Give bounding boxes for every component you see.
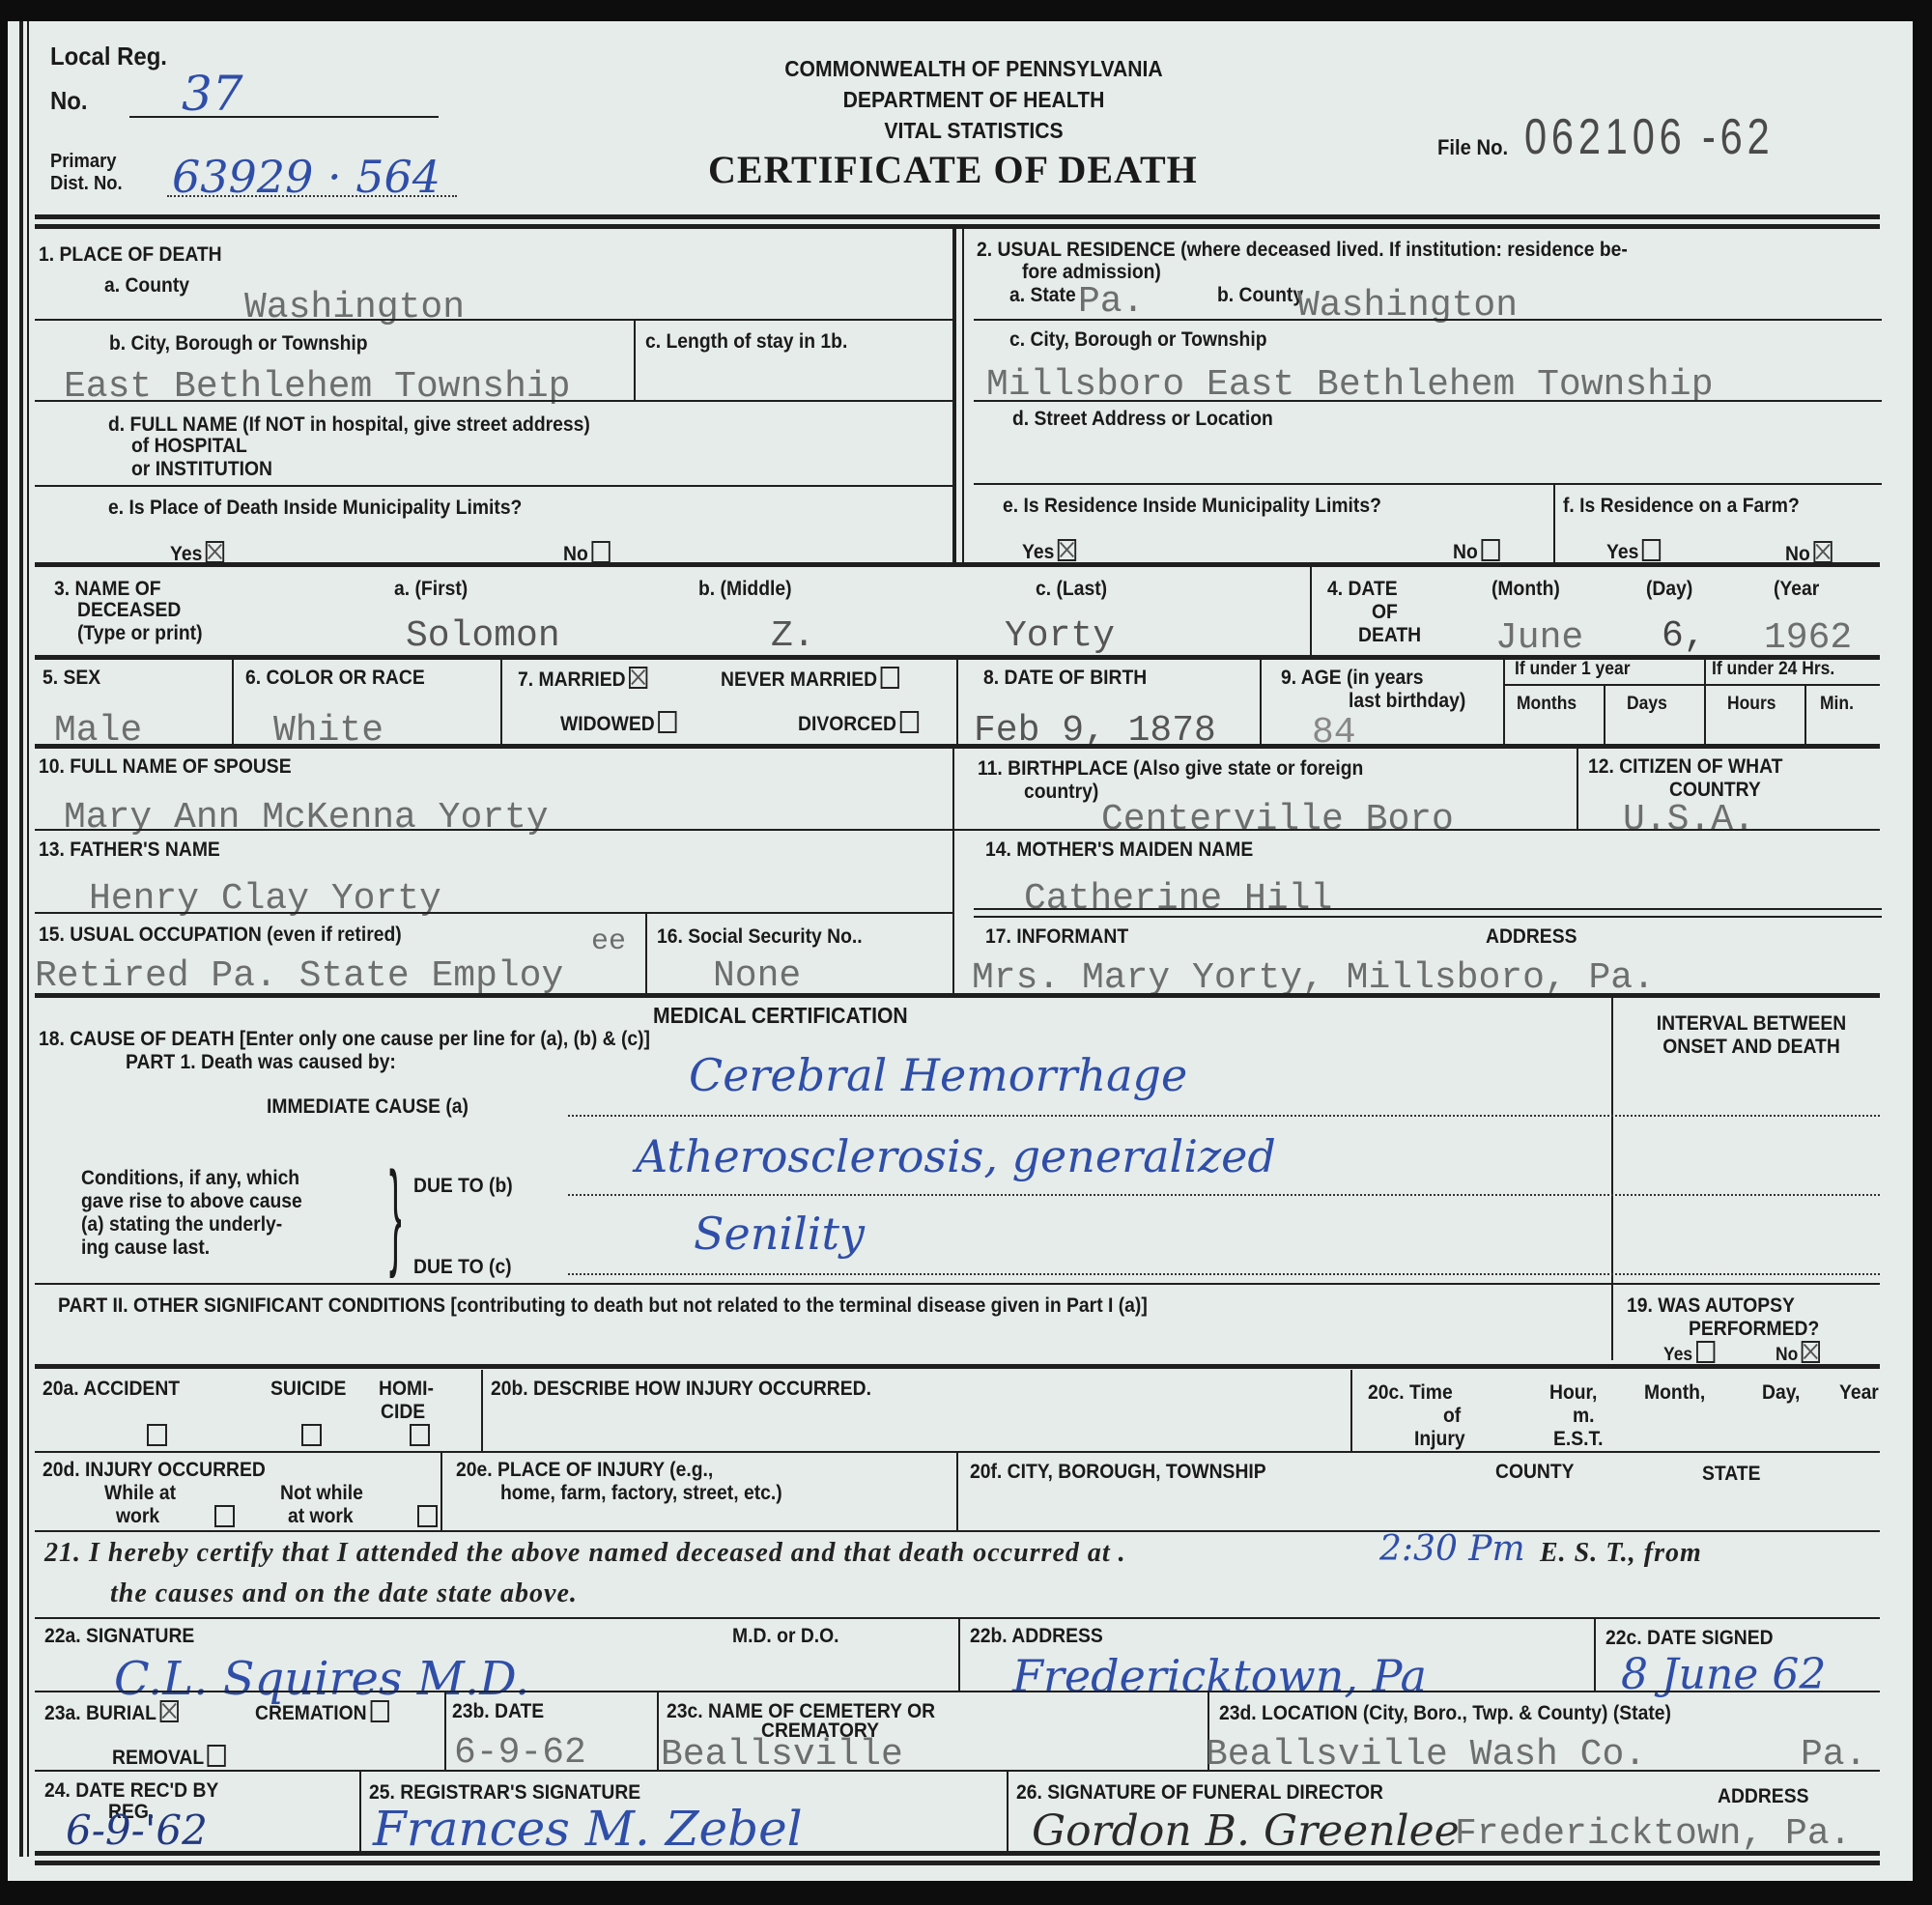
col-line: [634, 319, 636, 400]
hours-label: Hours: [1727, 694, 1776, 715]
col-line: [359, 1770, 361, 1851]
file-number: 062106 -62: [1524, 108, 1775, 166]
row-line: [974, 916, 1882, 918]
checkbox[interactable]: [658, 711, 676, 733]
checkbox[interactable]: [881, 667, 899, 689]
state-label: a. State: [1009, 284, 1076, 307]
conditions-note-4: ing cause last.: [81, 1237, 210, 1260]
removal-label: REMOVAL: [112, 1747, 204, 1769]
cause-of-death-label: 18. CAUSE OF DEATH [Enter only one cause…: [39, 1028, 650, 1051]
no-label: No.: [50, 87, 88, 116]
homicide-checkbox[interactable]: [410, 1424, 430, 1446]
hour-label: Hour,: [1549, 1381, 1597, 1405]
row-line: [974, 908, 1882, 910]
checkbox-checked[interactable]: [1813, 541, 1832, 563]
never-married-label: NEVER MARRIED: [721, 668, 877, 691]
col-line: [232, 655, 234, 744]
residence-inside-yes[interactable]: Yes: [1022, 539, 1076, 564]
conditions-note-2: gave rise to above cause: [81, 1190, 302, 1213]
burial-label: 23a. BURIAL: [44, 1702, 156, 1724]
name-label-3: (Type or print): [77, 622, 203, 645]
time-of-injury-label-2: of: [1443, 1405, 1461, 1428]
describe-injury-label: 20b. DESCRIBE HOW INJURY OCCURRED.: [491, 1378, 871, 1401]
row-line: [35, 485, 952, 487]
injury-day-label: Day,: [1762, 1381, 1800, 1405]
place-county-value: Washington: [244, 290, 465, 327]
sex-label: 5. SEX: [43, 667, 100, 690]
widowed-option[interactable]: WIDOWED: [560, 711, 677, 736]
checkbox[interactable]: [370, 1700, 388, 1722]
section-line: [35, 562, 1880, 567]
burial-option[interactable]: 23a. BURIAL: [44, 1700, 179, 1725]
cemetery-value: Beallsville: [661, 1737, 903, 1774]
col-line: [481, 1370, 483, 1451]
left-border: [19, 21, 23, 1857]
bottom-line: [35, 1851, 1880, 1856]
cremation-option[interactable]: CREMATION: [255, 1700, 389, 1725]
residence-inside-no[interactable]: No: [1453, 539, 1500, 564]
spouse-value: Mary Ann McKenna Yorty: [64, 800, 549, 837]
row-line: [35, 912, 952, 914]
dist-no-label: Dist. No.: [50, 173, 123, 195]
autopsy-label-2: PERFORMED?: [1689, 1318, 1819, 1341]
year-label: (Year: [1774, 578, 1819, 601]
suicide-checkbox[interactable]: [301, 1424, 322, 1446]
col-line: [500, 655, 502, 744]
day-label: (Day): [1646, 578, 1692, 601]
widowed-label: WIDOWED: [560, 713, 655, 735]
certification-statement-2: the causes and on the date state above.: [110, 1578, 578, 1609]
row-line: [35, 1364, 1880, 1369]
due-to-c-label: DUE TO (c): [413, 1256, 512, 1279]
informant-value: Mrs. Mary Yorty, Millsboro, Pa.: [972, 960, 1655, 997]
occupation-label: 15. USUAL OCCUPATION (even if retired): [39, 924, 402, 947]
removal-option[interactable]: REMOVAL: [112, 1745, 226, 1770]
header-divider-2: [35, 224, 1880, 229]
due-to-c-value: Senility: [694, 1211, 865, 1256]
row-line: [35, 1691, 1880, 1692]
interval-label: INTERVAL BETWEEN: [1632, 1012, 1871, 1036]
checkbox[interactable]: [1696, 1341, 1715, 1363]
physician-signature: C.L. Squires M.D.: [114, 1656, 529, 1702]
primary-label: Primary: [50, 151, 117, 173]
funeral-address-label: ADDRESS: [1718, 1785, 1808, 1808]
col-line: [440, 1451, 442, 1530]
place-of-death-heading: 1. PLACE OF DEATH: [39, 243, 222, 267]
autopsy-label: 19. WAS AUTOPSY: [1627, 1294, 1795, 1318]
col-line: [958, 1617, 960, 1691]
middle-name-label: b. (Middle): [698, 578, 792, 601]
under-1-year-label: If under 1 year: [1515, 659, 1630, 680]
injury-year-label: Year: [1839, 1381, 1879, 1405]
while-at-work-label-2: work: [116, 1505, 159, 1528]
injury-county-label: COUNTY: [1495, 1461, 1575, 1484]
citizen-value: U.S.A.: [1623, 802, 1755, 839]
farm-yes[interactable]: Yes: [1606, 539, 1661, 564]
part2-label: PART II. OTHER SIGNIFICANT CONDITIONS [c…: [58, 1294, 1148, 1318]
occupation-suffix: ee: [591, 927, 626, 956]
col-line: [1577, 744, 1578, 829]
age-label-2: last birthday): [1349, 690, 1465, 713]
injury-month-label: Month,: [1644, 1381, 1705, 1405]
mother-value: Catherine Hill: [1024, 881, 1332, 918]
not-while-label-2: at work: [288, 1505, 354, 1528]
brace-icon: }: [389, 1152, 402, 1287]
immediate-cause-label: IMMEDIATE CAUSE (a): [267, 1095, 469, 1119]
married-label: 7. MARRIED: [518, 668, 626, 691]
dotted-line: [568, 1273, 1880, 1275]
not-while-at-work-checkbox[interactable]: [417, 1505, 438, 1527]
local-reg-number: 37: [182, 70, 243, 118]
conditions-note: Conditions, if any, which: [81, 1167, 299, 1190]
immediate-cause-value: Cerebral Hemorrhage: [689, 1053, 1187, 1097]
due-to-b-label: DUE TO (b): [413, 1175, 513, 1198]
checkbox-checked[interactable]: [206, 541, 224, 563]
time-of-death-value: 2:30 Pm: [1379, 1532, 1525, 1567]
col-line: [645, 912, 647, 995]
conditions-note-3: (a) stating the underly-: [81, 1213, 282, 1237]
injury-city-label: 20f. CITY, BOROUGH, TOWNSHIP: [970, 1461, 1266, 1484]
suicide-label: SUICIDE: [270, 1378, 346, 1401]
checkbox-checked[interactable]: [1802, 1341, 1820, 1363]
first-name-value: Solomon: [406, 618, 560, 655]
place-of-injury-label: 20e. PLACE OF INJURY (e.g.,: [456, 1459, 713, 1482]
checkbox[interactable]: [1481, 539, 1499, 561]
name-label: 3. NAME OF: [54, 578, 161, 601]
time-of-injury-label: 20c. Time: [1368, 1381, 1453, 1405]
month-label: (Month): [1492, 578, 1560, 601]
commonwealth-heading: COMMONWEALTH OF PENNSYLVANIA: [663, 56, 1285, 81]
col-line: [1704, 655, 1706, 744]
col-line: [1260, 655, 1262, 744]
ssn-label: 16. Social Security No..: [657, 925, 863, 949]
citizen-label: 12. CITIZEN OF WHAT: [1588, 755, 1782, 779]
not-while-label: Not while: [280, 1482, 363, 1505]
burial-location-label: 23d. LOCATION (City, Boro., Twp. & Count…: [1219, 1702, 1671, 1725]
dotted-line: [568, 1194, 1880, 1196]
checkbox-checked[interactable]: [629, 667, 647, 689]
page-title: CERTIFICATE OF DEATH: [708, 147, 1198, 192]
row-line: [974, 319, 1882, 321]
hospital-label-3: or INSTITUTION: [131, 458, 272, 481]
row-line: [35, 829, 1880, 831]
birthplace-label: 11. BIRTHPLACE (Also give state or forei…: [978, 757, 1363, 781]
injury-occurred-label: 20d. INJURY OCCURRED: [43, 1459, 266, 1482]
date-signed-label: 22c. DATE SIGNED: [1605, 1627, 1774, 1650]
col-line: [956, 655, 958, 744]
death-certificate: Local Reg. No. 37 Primary Dist. No. 6392…: [8, 21, 1913, 1881]
col-line: [1604, 684, 1605, 744]
section-divider-2: [962, 229, 964, 562]
residence-city-value: Millsboro East Bethlehem Township: [986, 367, 1714, 404]
certification-statement: 21. I hereby certify that I attended the…: [44, 1538, 1126, 1569]
header-divider: [35, 214, 1880, 219]
registrar-signature: Frances M. Zebel: [373, 1805, 803, 1853]
inside-limits-label: e. Is Place of Death Inside Municipality…: [108, 497, 522, 520]
checkbox-checked[interactable]: [160, 1700, 179, 1722]
col-line: [1553, 483, 1555, 562]
medical-heading: MEDICAL CERTIFICATION: [653, 1003, 908, 1028]
place-of-injury-label-2: home, farm, factory, street, etc.): [500, 1482, 782, 1505]
dod-label-2: OF: [1372, 601, 1398, 624]
name-label-2: DECEASED: [77, 599, 181, 622]
col-line: [952, 744, 954, 995]
part1-label: PART 1. Death was caused by:: [126, 1051, 396, 1074]
checkbox[interactable]: [208, 1745, 226, 1767]
col-line: [1310, 562, 1312, 655]
row-line: [35, 993, 1880, 998]
yes-label: Yes: [1663, 1345, 1692, 1365]
funeral-director-label: 26. SIGNATURE OF FUNERAL DIRECTOR: [1016, 1781, 1383, 1805]
informant-label: 17. INFORMANT: [985, 925, 1128, 949]
est-label: E.S.T.: [1553, 1428, 1604, 1451]
yes-label: Yes: [1022, 541, 1054, 563]
col-line: [1804, 684, 1806, 744]
divorced-label: DIVORCED: [798, 713, 896, 735]
hour-m-label: m.: [1573, 1405, 1595, 1428]
col-line: [956, 1451, 958, 1530]
usual-residence-heading: 2. USUAL RESIDENCE (where deceased lived…: [977, 239, 1628, 262]
checkbox[interactable]: [591, 541, 610, 563]
physician-address-label: 22b. ADDRESS: [970, 1625, 1103, 1648]
informant-address-label: ADDRESS: [1486, 925, 1577, 949]
row-line: [35, 400, 952, 402]
days-label: Days: [1627, 694, 1667, 715]
signature-label: 22a. SIGNATURE: [44, 1625, 194, 1648]
while-at-work-checkbox[interactable]: [214, 1505, 235, 1527]
dod-label-3: DEATH: [1358, 624, 1421, 647]
dotted-line: [568, 1115, 1880, 1117]
county-label: a. County: [104, 274, 189, 298]
burial-date-value: 6-9-62: [454, 1735, 586, 1772]
yes-label: Yes: [1606, 541, 1638, 563]
col-line: [1594, 1617, 1596, 1691]
dob-label: 8. DATE OF BIRTH: [983, 667, 1147, 690]
local-reg-underline: [129, 116, 439, 118]
checkbox-checked[interactable]: [1058, 539, 1076, 561]
occupation-value: Retired Pa. State Employ: [35, 958, 563, 995]
married-option[interactable]: 7. MARRIED: [518, 667, 648, 692]
ssn-value: None: [713, 958, 801, 995]
burial-location-value: Beallsville Wash Co.: [1206, 1737, 1646, 1774]
cremation-label: CREMATION: [255, 1702, 367, 1724]
spouse-label: 10. FULL NAME OF SPOUSE: [39, 755, 292, 779]
row-line: [35, 1770, 1880, 1772]
row-line: [35, 1530, 1880, 1532]
birthplace-label-2: country): [1024, 781, 1098, 804]
checkbox[interactable]: [1642, 539, 1661, 561]
min-label: Min.: [1820, 694, 1854, 715]
last-name-label: c. (Last): [1036, 578, 1107, 601]
divorced-option[interactable]: DIVORCED: [798, 711, 919, 736]
accident-label: 20a. ACCIDENT: [43, 1378, 180, 1401]
autopsy-no[interactable]: No: [1776, 1341, 1820, 1366]
primary-dist-number: 63929 · 564: [172, 155, 440, 199]
mother-label: 14. MOTHER'S MAIDEN NAME: [985, 839, 1253, 862]
residence-city-label: c. City, Borough or Township: [1009, 328, 1267, 352]
race-label: 6. COLOR OR RACE: [245, 667, 425, 690]
row-line: [974, 400, 1882, 402]
row-line: [974, 483, 1882, 485]
due-to-b-value: Atherosclerosis, generalized: [636, 1134, 1276, 1179]
length-of-stay-label: c. Length of stay in 1b.: [645, 330, 847, 354]
homicide-label-2: CIDE: [381, 1401, 425, 1424]
autopsy-yes[interactable]: Yes: [1663, 1341, 1715, 1366]
funeral-director-signature: Gordon B. Greenlee: [1032, 1810, 1460, 1853]
local-reg-label: Local Reg.: [50, 43, 167, 71]
never-married-option[interactable]: NEVER MARRIED: [721, 667, 899, 692]
md-or-do-label: M.D. or D.O.: [732, 1625, 839, 1648]
row-line: [35, 319, 952, 321]
hospital-label-2: of HOSPITAL: [131, 435, 247, 458]
burial-date-label: 23b. DATE: [452, 1700, 544, 1723]
date-received-value: 6-9-'62: [66, 1810, 208, 1851]
row-line: [35, 744, 1880, 749]
col-line: [1007, 1770, 1009, 1851]
row-line: [1503, 684, 1880, 686]
dod-month-value: June: [1495, 620, 1583, 657]
homicide-label: HOMI-: [379, 1378, 434, 1401]
hospital-label: d. FULL NAME (If NOT in hospital, give s…: [108, 413, 590, 437]
street-address-label: d. Street Address or Location: [1012, 408, 1273, 431]
city-label: b. City, Borough or Township: [109, 332, 368, 355]
date-received-label: 24. DATE REC'D BY: [44, 1779, 218, 1803]
while-at-work-label: While at: [104, 1482, 176, 1505]
col-line: [1611, 993, 1613, 1360]
residence-county-label: b. County: [1217, 284, 1303, 307]
dod-day-value: 6,: [1662, 618, 1706, 655]
farm-label: f. Is Residence on a Farm?: [1563, 495, 1800, 518]
residence-state-value: Pa.: [1078, 284, 1144, 321]
section-divider: [952, 229, 956, 562]
checkbox[interactable]: [900, 711, 919, 733]
injury-state-label: STATE: [1702, 1463, 1760, 1486]
bottom-line-2: [35, 1861, 1880, 1865]
burial-state-value: Pa.: [1801, 1737, 1866, 1774]
birthplace-value: Centerville Boro: [1101, 802, 1454, 839]
last-name-value: Yorty: [1005, 618, 1115, 655]
accident-checkbox[interactable]: [147, 1424, 167, 1446]
under-24-label: If under 24 Hrs.: [1712, 659, 1834, 680]
months-label: Months: [1517, 694, 1577, 715]
time-of-injury-label-3: Injury: [1414, 1428, 1465, 1451]
funeral-address-value: Fredericktown, Pa.: [1455, 1816, 1851, 1853]
col-line: [1503, 655, 1505, 744]
col-line: [1350, 1370, 1352, 1451]
interval-label-2: ONSET AND DEATH: [1632, 1036, 1871, 1059]
col-line: [444, 1691, 446, 1772]
department-heading: DEPARTMENT OF HEALTH: [663, 87, 1285, 112]
residence-inside-limits-label: e. Is Residence Inside Municipality Limi…: [1003, 495, 1381, 518]
first-name-label: a. (First): [394, 578, 468, 601]
col-line: [657, 1691, 659, 1772]
row-line: [35, 1617, 1880, 1619]
certification-statement-end: E. S. T., from: [1540, 1538, 1702, 1569]
no-label: No: [1776, 1345, 1798, 1365]
father-label: 13. FATHER'S NAME: [39, 839, 220, 862]
vital-statistics-heading: VITAL STATISTICS: [663, 118, 1285, 143]
no-label: No: [1453, 541, 1478, 563]
dod-label: 4. DATE: [1327, 578, 1398, 601]
age-label: 9. AGE (in years: [1281, 667, 1423, 690]
middle-name-value: Z.: [771, 618, 815, 655]
row-line: [35, 1283, 1880, 1285]
dod-year-value: 1962: [1764, 620, 1852, 657]
file-no-label: File No.: [1437, 135, 1508, 159]
left-border-inner: [27, 21, 29, 1857]
